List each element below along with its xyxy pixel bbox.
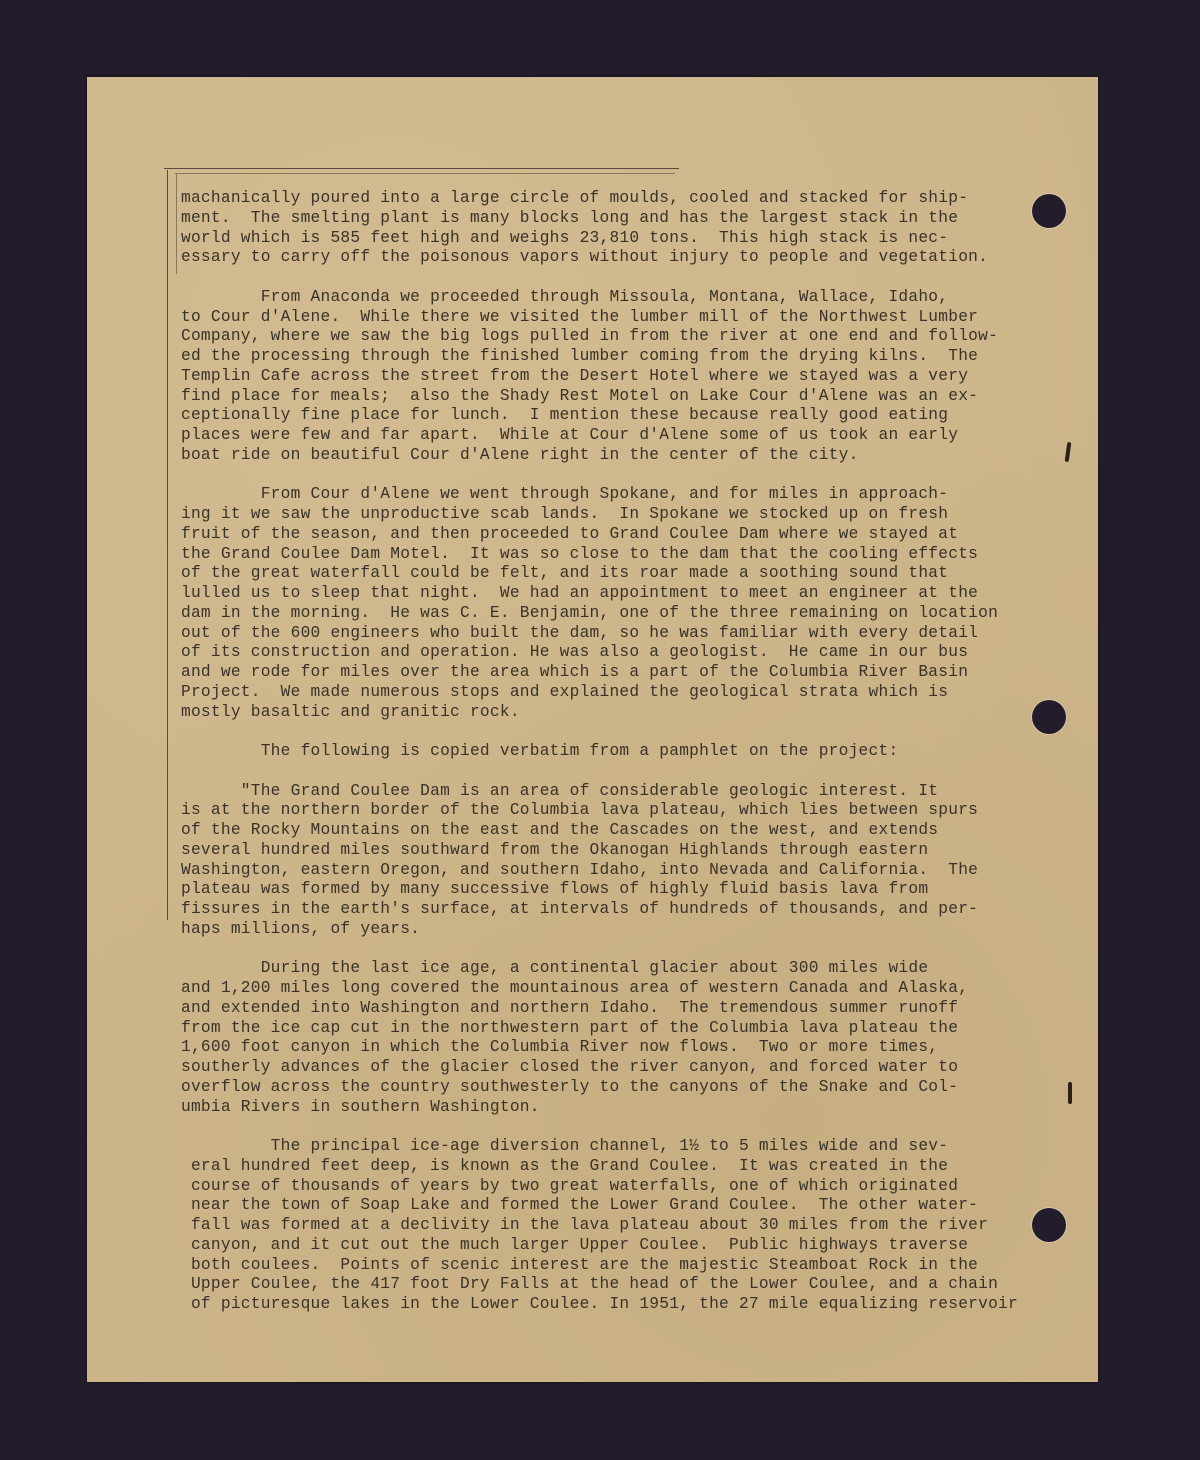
margin-ink-mark [1068, 1082, 1072, 1104]
text-line: From Anaconda we proceeded through Misso… [181, 288, 1021, 308]
text-line: ed the processing through the finished l… [181, 347, 1021, 367]
text-line: canyon, and it cut out the much larger U… [181, 1236, 1021, 1256]
text-line: Company, where we saw the big logs pulle… [181, 327, 1021, 347]
text-line: lulled us to sleep that night. We had an… [181, 584, 1021, 604]
left-margin-rule [167, 170, 168, 920]
text-line: fruit of the season, and then proceeded … [181, 525, 1021, 545]
text-line: umbia Rivers in southern Washington. [181, 1098, 1021, 1118]
text-line: haps millions, of years. [181, 920, 1021, 940]
text-line: world which is 585 feet high and weighs … [181, 229, 1021, 249]
text-line: the Grand Coulee Dam Motel. It was so cl… [181, 545, 1021, 565]
text-line: of picturesque lakes in the Lower Coulee… [181, 1295, 1021, 1315]
text-line: During the last ice age, a continental g… [181, 959, 1021, 979]
text-line: machanically poured into a large circle … [181, 189, 1021, 209]
text-line: of its construction and operation. He wa… [181, 643, 1021, 663]
punch-hole-bottom [1032, 1208, 1066, 1242]
text-line: out of the 600 engineers who built the d… [181, 624, 1021, 644]
punch-hole-top [1032, 194, 1066, 228]
paragraph: The principal ice-age diversion channel,… [181, 1137, 1021, 1315]
text-line: mostly basaltic and granitic rock. [181, 703, 1021, 723]
paragraph: From Anaconda we proceeded through Misso… [181, 288, 1021, 466]
text-line: eral hundred feet deep, is known as the … [181, 1157, 1021, 1177]
margin-ink-mark [1065, 442, 1072, 462]
top-margin-rule-inner [175, 173, 675, 174]
text-line: to Cour d'Alene. While there we visited … [181, 308, 1021, 328]
left-margin-rule-inner [176, 174, 177, 274]
text-line: Project. We made numerous stops and expl… [181, 683, 1021, 703]
text-line: of the great waterfall could be felt, an… [181, 564, 1021, 584]
text-line: ment. The smelting plant is many blocks … [181, 209, 1021, 229]
text-line: ing it we saw the unproductive scab land… [181, 505, 1021, 525]
text-line: and we rode for miles over the area whic… [181, 663, 1021, 683]
text-line: places were few and far apart. While at … [181, 426, 1021, 446]
text-line: from the ice cap cut in the northwestern… [181, 1019, 1021, 1039]
text-line: plateau was formed by many successive fl… [181, 880, 1021, 900]
text-line: From Cour d'Alene we went through Spokan… [181, 485, 1021, 505]
text-line: Upper Coulee, the 417 foot Dry Falls at … [181, 1275, 1021, 1295]
text-line: Templin Cafe across the street from the … [181, 367, 1021, 387]
paragraph: From Cour d'Alene we went through Spokan… [181, 485, 1021, 722]
paragraph: The following is copied verbatim from a … [181, 742, 1021, 762]
text-line: fissures in the earth's surface, at inte… [181, 900, 1021, 920]
text-line: and 1,200 miles long covered the mountai… [181, 979, 1021, 999]
top-margin-rule [164, 168, 679, 169]
text-line: overflow across the country southwesterl… [181, 1078, 1021, 1098]
text-line: fall was formed at a declivity in the la… [181, 1216, 1021, 1236]
text-line: is at the northern border of the Columbi… [181, 801, 1021, 821]
paragraph: During the last ice age, a continental g… [181, 959, 1021, 1117]
text-line: "The Grand Coulee Dam is an area of cons… [181, 782, 1021, 802]
text-line: The following is copied verbatim from a … [181, 742, 1021, 762]
text-line: The principal ice-age diversion channel,… [181, 1137, 1021, 1157]
text-line: dam in the morning. He was C. E. Benjami… [181, 604, 1021, 624]
text-line: course of thousands of years by two grea… [181, 1177, 1021, 1197]
typewritten-page: machanically poured into a large circle … [87, 77, 1098, 1382]
text-line: near the town of Soap Lake and formed th… [181, 1196, 1021, 1216]
paragraph: "The Grand Coulee Dam is an area of cons… [181, 782, 1021, 940]
text-line: and extended into Washington and norther… [181, 999, 1021, 1019]
text-line: both coulees. Points of scenic interest … [181, 1256, 1021, 1276]
text-line: boat ride on beautiful Cour d'Alene righ… [181, 446, 1021, 466]
document-body: machanically poured into a large circle … [181, 189, 1021, 1335]
text-line: Washington, eastern Oregon, and southern… [181, 861, 1021, 881]
text-line: of the Rocky Mountains on the east and t… [181, 821, 1021, 841]
text-line: find place for meals; also the Shady Res… [181, 387, 1021, 407]
punch-hole-middle [1032, 700, 1066, 734]
text-line: 1,600 foot canyon in which the Columbia … [181, 1038, 1021, 1058]
text-line: ceptionally fine place for lunch. I ment… [181, 406, 1021, 426]
text-line: essary to carry off the poisonous vapors… [181, 248, 1021, 268]
text-line: several hundred miles southward from the… [181, 841, 1021, 861]
paragraph: machanically poured into a large circle … [181, 189, 1021, 268]
text-line: southerly advances of the glacier closed… [181, 1058, 1021, 1078]
